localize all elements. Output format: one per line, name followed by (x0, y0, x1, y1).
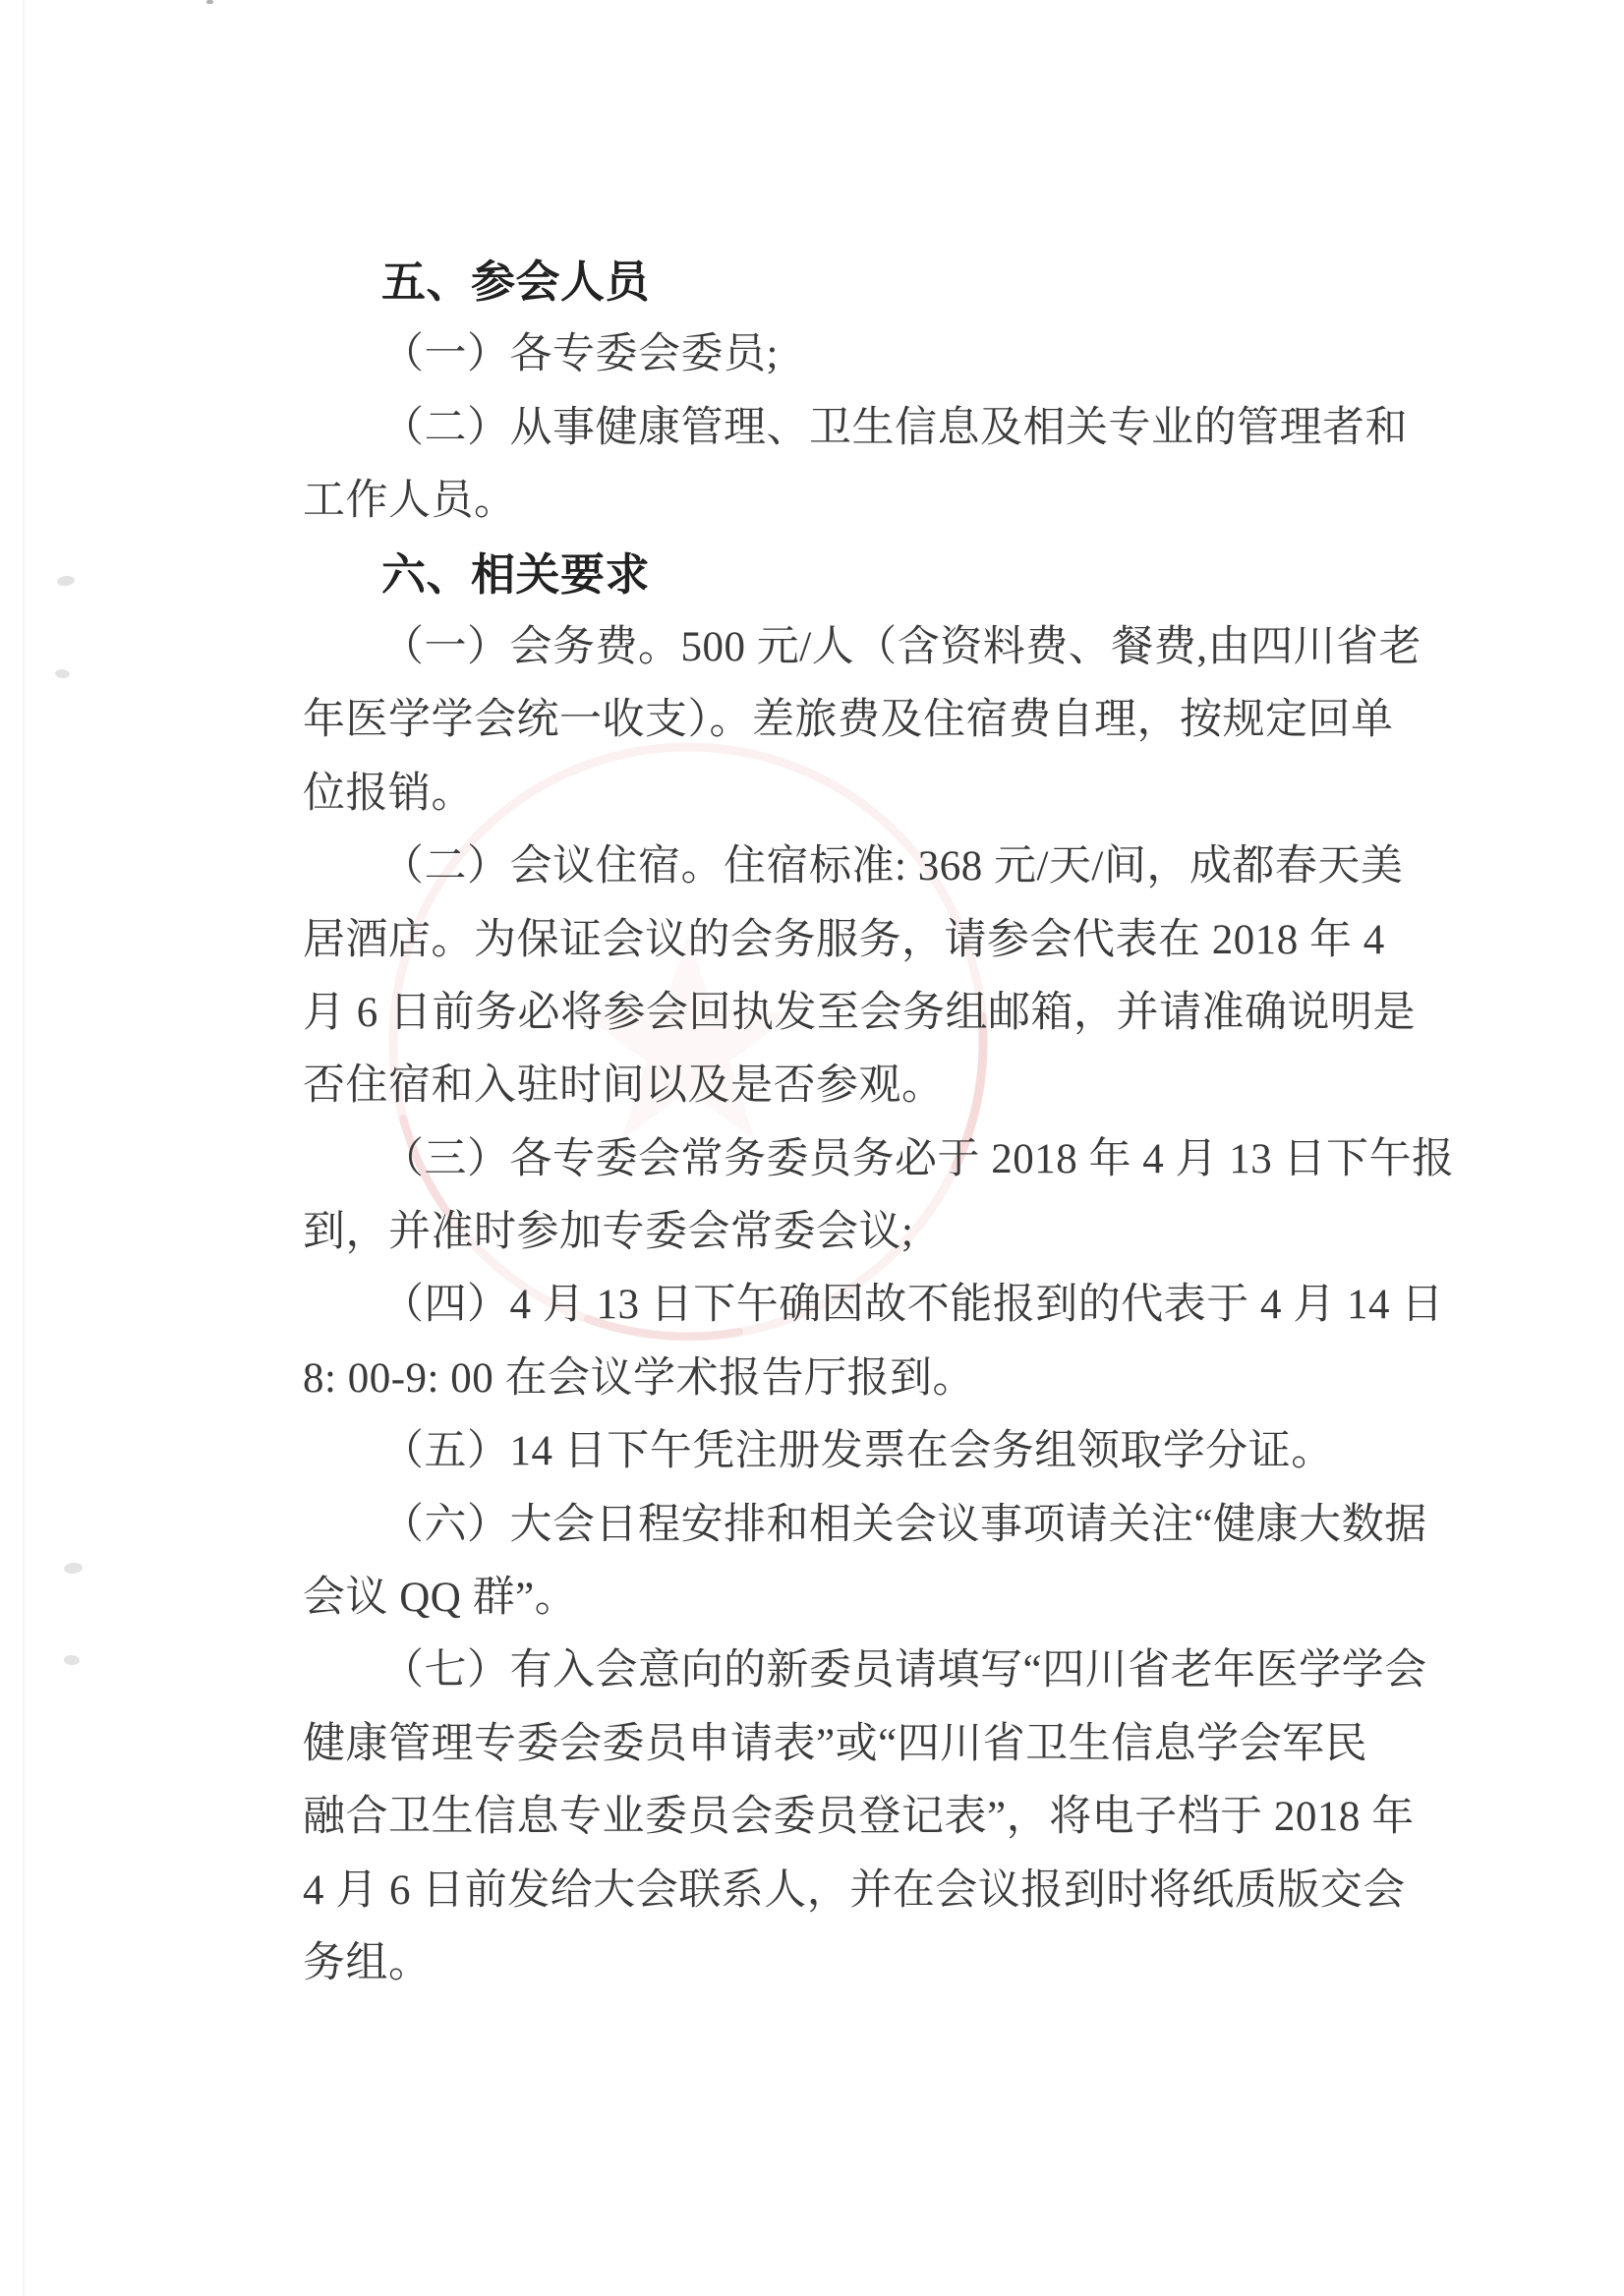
doc-line: 月 6 日前务必将参会回执发至会务组邮箱，并请准确说明是 (303, 977, 1414, 1050)
doc-line: 工作人员。 (303, 465, 1414, 538)
document-text-block: 五、参会人员 （一）各专委会委员; （二）从事健康管理、卫生信息及相关专业的管理… (303, 246, 1414, 2000)
scan-smudge (63, 1562, 83, 1575)
doc-line: （二）会议住宿。住宿标准: 368 元/天/间，成都春天美 (303, 831, 1414, 903)
scan-smudge (56, 575, 75, 587)
doc-line: 健康管理专委会委员申请表”或“四川省卫生信息学会军民 (303, 1708, 1414, 1781)
doc-line: 到，并准时参加专委会常委会议; (303, 1196, 1414, 1269)
scan-smudge (55, 668, 71, 678)
scan-speck (206, 0, 213, 4)
doc-line: 年医学学会统一收支）。差旅费及住宿费自理，按规定回单 (303, 684, 1414, 757)
doc-line: 会议 QQ 群”。 (303, 1562, 1414, 1635)
scan-edge-line (23, 0, 25, 2296)
doc-line: （四）4 月 13 日下午确因故不能报到的代表于 4 月 14 日 (303, 1269, 1414, 1342)
doc-line: （七）有入会意向的新委员请填写“四川省老年医学学会 (303, 1635, 1414, 1707)
doc-line: （一）会务费。500 元/人（含资料费、餐费,由四川省老 (303, 611, 1414, 684)
section-heading-5: 五、参会人员 (303, 246, 1414, 318)
doc-line: （一）各专委会委员; (303, 318, 1414, 391)
doc-line: 融合卫生信息专业委员会委员登记表”，将电子档于 2018 年 (303, 1781, 1414, 1854)
doc-line: 居酒店。为保证会议的会务服务，请参会代表在 2018 年 4 (303, 904, 1414, 977)
doc-line: （三）各专委会常务委员务必于 2018 年 4 月 13 日下午报 (303, 1123, 1414, 1196)
doc-line: 位报销。 (303, 758, 1414, 831)
section-heading-6: 六、相关要求 (303, 539, 1414, 611)
doc-line: 8: 00-9: 00 在会议学术报告厅报到。 (303, 1343, 1414, 1415)
doc-line: 务组。 (303, 1927, 1414, 2000)
doc-line: 否住宿和入驻时间以及是否参观。 (303, 1050, 1414, 1122)
document-page: 五、参会人员 （一）各专委会委员; （二）从事健康管理、卫生信息及相关专业的管理… (0, 0, 1624, 2296)
doc-line: （六）大会日程安排和相关会议事项请关注“健康大数据 (303, 1489, 1414, 1562)
doc-line: （二）从事健康管理、卫生信息及相关专业的管理者和 (303, 392, 1414, 465)
doc-line: （五）14 日下午凭注册发票在会务组领取学分证。 (303, 1415, 1414, 1488)
doc-line: 4 月 6 日前发给大会联系人，并在会议报到时将纸质版交会 (303, 1855, 1414, 1927)
scan-smudge (64, 1654, 81, 1665)
